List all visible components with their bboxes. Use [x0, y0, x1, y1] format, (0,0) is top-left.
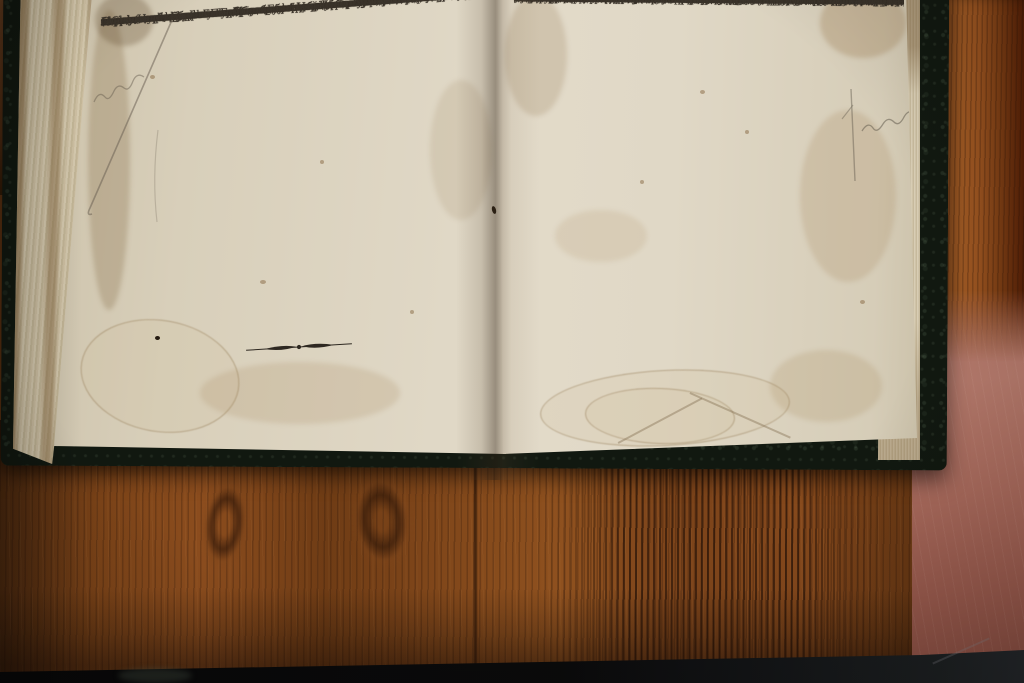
floor-highlight: [118, 668, 192, 683]
text-line: ино лучшее платенко, верьхнее и нижнее, …: [514, 0, 904, 10]
foxing-dot: [860, 300, 865, 304]
page-stain: [555, 210, 647, 262]
pencil-marginalia-left: [72, 10, 187, 225]
divider-ornament: [244, 337, 355, 358]
clipped-top-line: Богу,: [195, 0, 255, 1]
page-stain: [200, 362, 400, 424]
wood-knot: [184, 456, 265, 591]
photo-scene: Богу, зла, не гнѣватися на нихъ; къ стар…: [0, 0, 1024, 683]
foxing-dot: [410, 310, 414, 314]
foxing-dot: [640, 180, 644, 184]
page-stain: [770, 350, 882, 422]
foxing-dot: [745, 130, 749, 134]
wood-knot: [330, 448, 434, 593]
foxing-dot: [320, 160, 324, 164]
book-gutter-shadow: [456, 0, 540, 480]
foxing-dot: [700, 90, 705, 94]
foxing-dot: [260, 280, 266, 284]
ink-spot: [155, 336, 160, 340]
